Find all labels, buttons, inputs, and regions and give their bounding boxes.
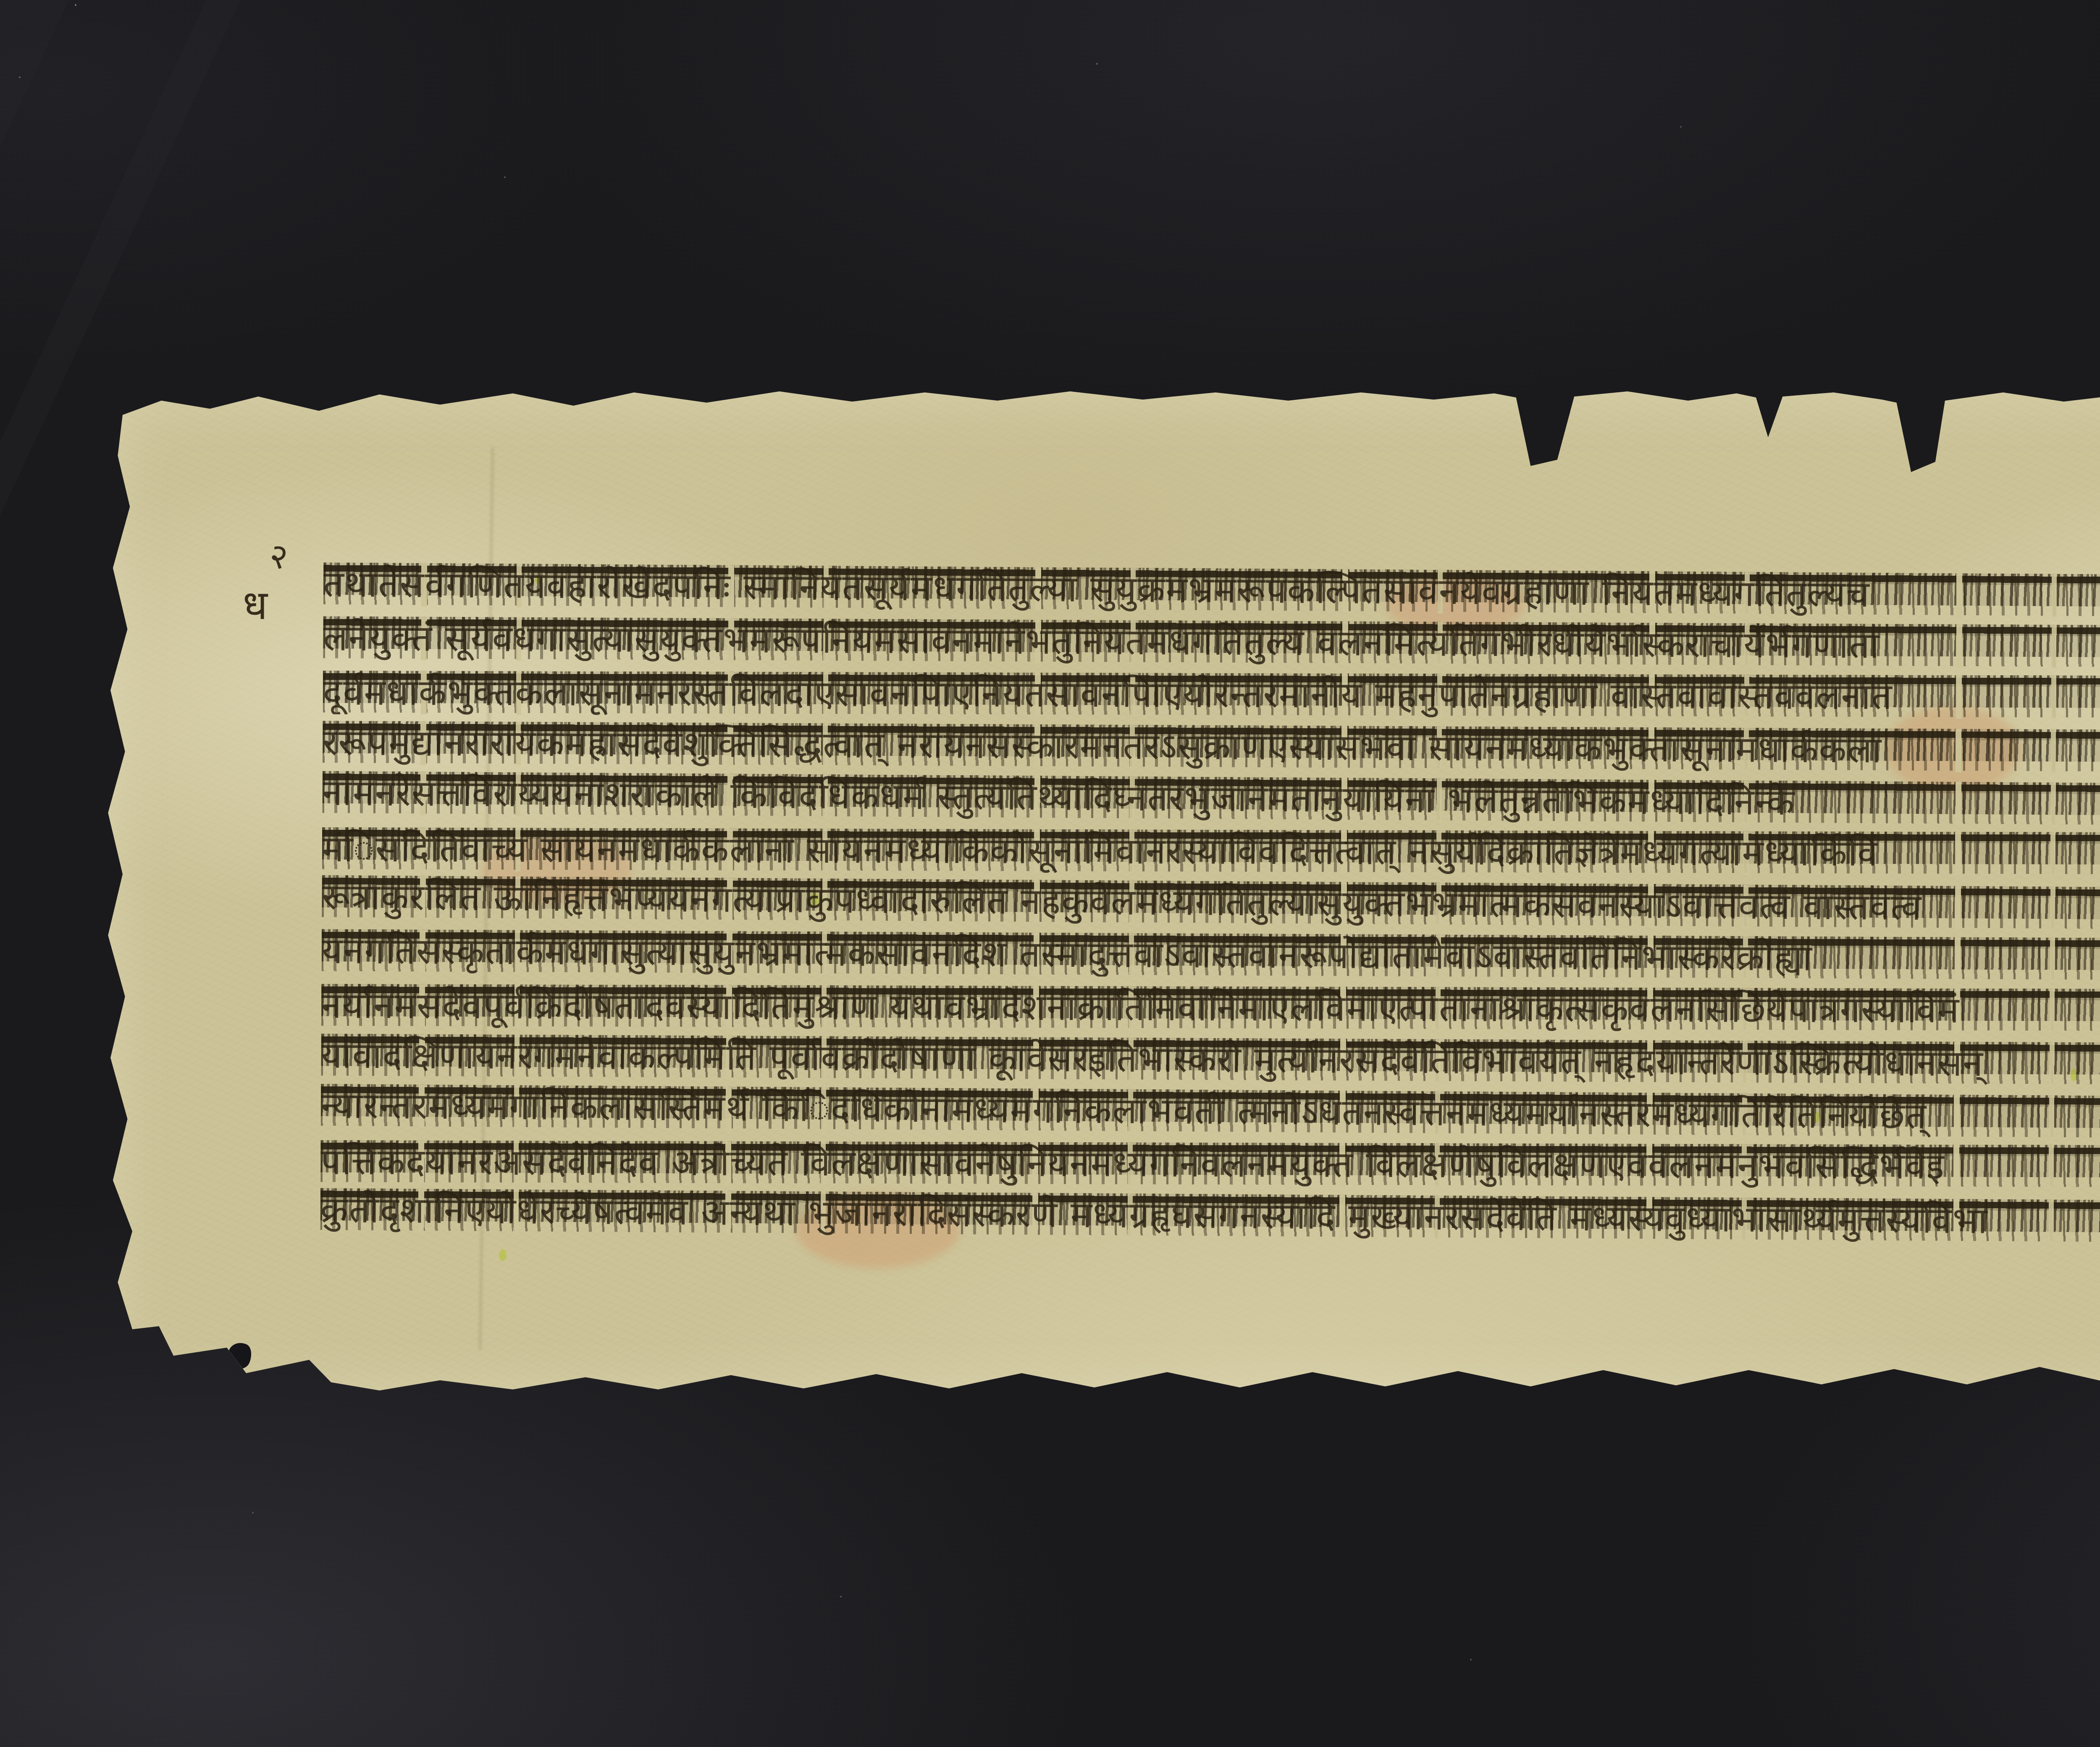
manuscript-line-text: लनेयुक्तं सूर्यवधगासुत्यासुयुक्तंभमरूपनि… (323, 617, 1880, 667)
manuscript-line-text: दूर्वमधार्कभुक्तकलासूनामनरस्तंविलदाएसावन… (323, 672, 1893, 718)
manuscript-line-text: पत्तिकदयानरंअसदेवेनिदेव अत्रोच्यते विलक्… (320, 1141, 1945, 1188)
manuscript-line-text: क्रुतोदृशानिएयोधेरच्यैषत्वमेव अन्यथा भुज… (320, 1189, 1988, 1242)
dust-specks (75, 4, 76, 6)
manuscript-line: नर्यानमसदेवपूर्वक्रिदोषतादवस्यादितिमुंश्… (321, 984, 2100, 1033)
manuscript-line-text: मंिसदितिवाच्यं सायनमधार्ककलानां सायनमध्य… (322, 828, 1878, 874)
manuscript-line: पत्तिकदयानरंअसदेवेनिदेव अत्रोच्यते विलक्… (320, 1140, 2100, 1190)
manuscript-line-text: ररूपमुद्यानरारायंकमह्रांसदेवेशुक्तिसिद्ध… (323, 721, 1882, 771)
manuscript-line: न्यारन्तरमध्यमगानिकलासस्तिमर्थं किंिदधिक… (321, 1084, 2100, 1142)
manuscript-line-text: नर्यानमसदेवपूर्वक्रिदोषतादवस्यादितिमुंश्… (321, 984, 1960, 1031)
manuscript-line: क्रुतोदृशानिएयोधेरच्यैषत्वमेव अन्यथा भुज… (320, 1188, 2100, 1245)
manuscript-line: लनेयुक्तं सूर्यवधगासुत्यासुयुक्तंभमरूपनि… (323, 616, 2100, 671)
manuscript-line: दूर्वमधार्कभुक्तकलासूनामनरस्तंविलदाएसावन… (323, 671, 2100, 720)
manuscript-line: यनगतिसंस्कृतांर्कमधगासुत्यासुयुनभ्रमात्म… (322, 929, 2100, 984)
manuscript-line: तथातेसर्वगणितयवहारोखेदपनिः स्मानियतसूर्य… (323, 562, 2100, 619)
manuscript-line: मंिसदितिवाच्यं सायनमधार्ककलानां सायनमध्य… (322, 827, 2100, 877)
manuscript-line-text: यनगतिसंस्कृतांर्कमधगासुत्यासुयुनभ्रमात्म… (322, 930, 1813, 979)
manuscript-line: रूत्राकुरलितं ऊानिहृत्तंभप्ययनगत्याप्राक… (322, 875, 2100, 933)
photo-background: २ ध तथातेसर्वगणितयवहारोखेदपनिः स्मानियतस… (0, 0, 2100, 1747)
text-block: तथातेसर्वगणितयवहारोखेदपनिः स्मानियतसूर्य… (97, 383, 2100, 1416)
manuscript-line: नांमनरेसत्तविंराय्ययनांशराकाले किंविदधिक… (322, 771, 2100, 829)
manuscript-line: यावादक्षिणायनरगमनेवाकल्पमिति पूर्वावक्रो… (321, 1034, 2100, 1088)
manuscript-paper: २ ध तथातेसर्वगणितयवहारोखेदपनिः स्मानियतस… (101, 384, 2100, 1405)
manuscript-line: ररूपमुद्यानरारायंकमह्रांसदेवेशुक्तिसिद्ध… (323, 721, 2100, 775)
manuscript-line-text: यावादक्षिणायनरगमनेवाकल्पमिति पूर्वावक्रो… (321, 1034, 1984, 1084)
